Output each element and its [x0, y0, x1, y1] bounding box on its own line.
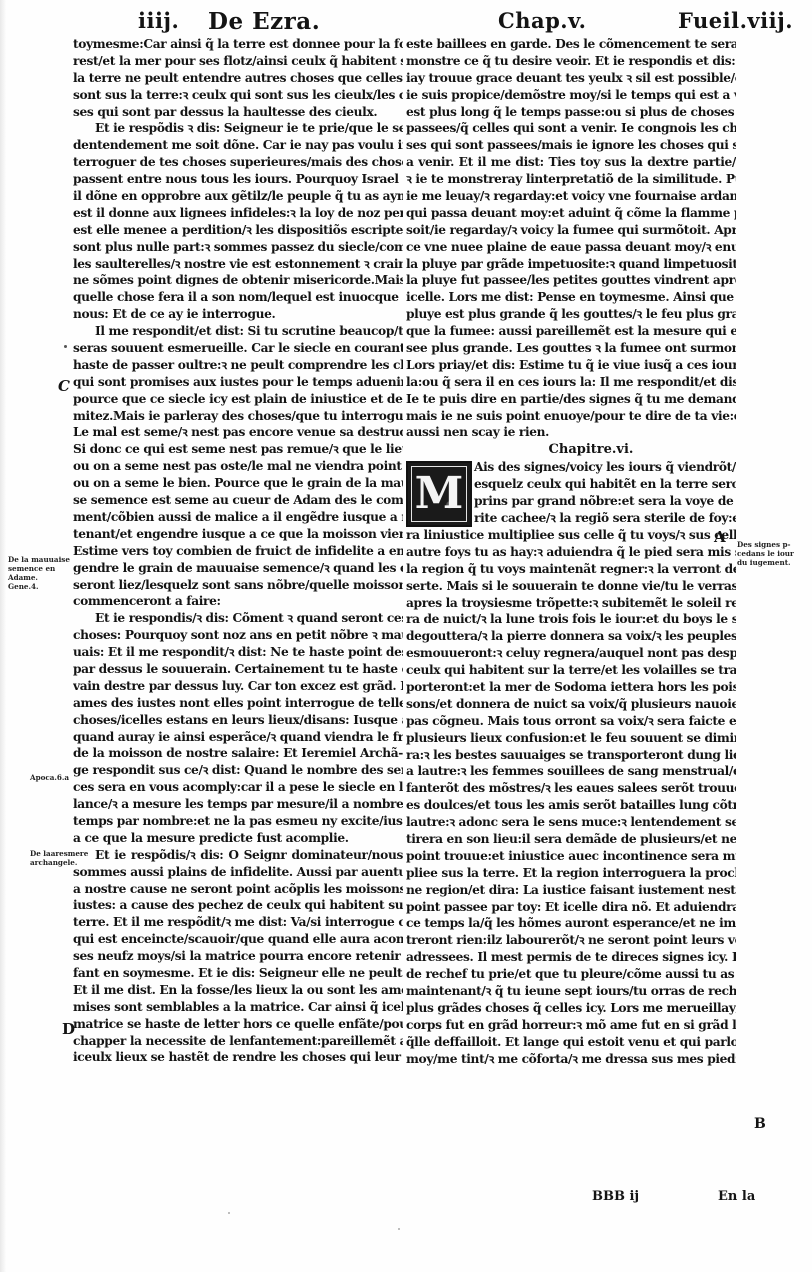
margin-note-signs-of-judgment: Des signes p- cedans le iour du iugement… — [737, 540, 794, 567]
left-column-line: gendre le grain de mauuaise semence/ꝛ qu… — [73, 560, 403, 577]
left-column-line: iceulx lieux se hastẽt de rendre les cho… — [73, 1049, 403, 1066]
left-column-line: matrice se haste de letter hors ce quell… — [73, 1016, 403, 1033]
left-column-line: rest/et la mer pour ses flotz/ainsi ceul… — [73, 53, 403, 70]
left-column-line: seras souuent esmerueille. Car le siecle… — [73, 340, 403, 357]
decorated-drop-initial: M — [406, 461, 472, 527]
right-column-line: ra liniustice multipliee sus celle q̃ tu… — [406, 527, 736, 544]
right-column-line: icelle. Lors me dist: Pense en toymesme.… — [406, 289, 736, 306]
folio-number-left: iiij. — [138, 8, 179, 33]
left-column-line: choses: Pourquoy sont noz ans en petit n… — [73, 627, 403, 644]
left-column-line: il dõne en opprobre aux gẽtilz/le peuple… — [73, 188, 403, 205]
right-column-line: ne region/et dira: La iustice faisant iu… — [406, 882, 736, 899]
ink-dot — [64, 345, 67, 348]
margin-note-apocalypse: Apoca.6.a — [30, 773, 69, 782]
right-column-line: Ie te puis dire en partie/des signes q̃ … — [406, 391, 736, 408]
right-column-line: la region q̃ tu voys maintenãt regner:ꝛ … — [406, 561, 736, 578]
left-column-line: se semence est seme au cueur de Adam des… — [73, 492, 403, 509]
left-column-line: Le mal est seme/ꝛ nest pas encore venue … — [73, 424, 403, 441]
right-column-line: ce temps la/q̃ les hõmes auront esperanc… — [406, 915, 736, 932]
left-column-line: fant en soymesme. Et ie dis: Seigneur el… — [73, 965, 403, 982]
right-column-line: lautre:ꝛ adonc sera le sens muce:ꝛ lente… — [406, 814, 736, 831]
right-column-line: Lors priay/et dis: Estime tu q̃ ie viue … — [406, 357, 736, 374]
right-column-line: es doulces/et tous les amis serõt batail… — [406, 797, 736, 814]
left-column-line: Si donc ce qui est seme nest pas remue/ꝛ… — [73, 441, 403, 458]
left-column-line: choses/icelles estans en leurs lieux/dis… — [73, 712, 403, 729]
left-column-line: par dessus le souuerain. Certainement tu… — [73, 661, 403, 678]
left-column-line: haste de passer oultre:ꝛ ne peult compre… — [73, 357, 403, 374]
left-column-line: les saulterelles/ꝛ nostre vie est estonn… — [73, 256, 403, 273]
right-column-line: ꝛ ie te monstreray linterpretatiõ de la … — [406, 171, 736, 188]
chapter-running-head: Chap.v. — [498, 8, 586, 33]
left-column-line: terroguer de tes choses superieures/mais… — [73, 154, 403, 171]
right-column-line: pliee sus la terre. Et la region interro… — [406, 865, 736, 882]
left-column-line: iustes: a cause des pechez de ceulx qui … — [73, 897, 403, 914]
left-column-line: la terre ne peult entendre autres choses… — [73, 70, 403, 87]
initial-ornament: M — [411, 466, 467, 522]
left-column-line: sont sus la terre:ꝛ ceulx qui sont sus l… — [73, 87, 403, 104]
left-column-line: ou on a seme le bien. Pource que le grai… — [73, 475, 403, 492]
left-column-line: est elle menee a perdition/ꝛ les disposi… — [73, 222, 403, 239]
book-page: iiij. De Ezra. Chap.v. Fueil.viij. C D A… — [0, 0, 812, 1272]
right-column-line: ra de nuict/ꝛ la lune trois fois le iour… — [406, 611, 736, 628]
right-column-line: la pluye par grãde impetuosite:ꝛ quand l… — [406, 256, 736, 273]
right-column-line: iay trouue grace deuant tes yeulx ꝛ sil … — [406, 70, 736, 87]
left-column-line: tenant/et engendre iusque a ce que la mo… — [73, 526, 403, 543]
section-letter-b: B — [754, 1116, 766, 1132]
right-column-line: plus grãdes choses q̃ celles icy. Lors m… — [406, 1000, 736, 1017]
left-text-column: toymesme:Car ainsi q̃ la terre est donne… — [73, 36, 403, 1066]
folio-number-right: Fueil.viij. — [678, 8, 793, 33]
margin-note-line: cedans le iour — [737, 549, 794, 558]
right-column-line: ses qui sont passees/mais ie ignore les … — [406, 137, 736, 154]
chapter-6-text: ra liniustice multipliee sus celle q̃ tu… — [406, 527, 736, 1068]
right-column-line: la:ou q̃ sera il en ces iours la: Il me … — [406, 374, 736, 391]
left-column-line: passent entre nous tous les iours. Pourq… — [73, 171, 403, 188]
chapter-6-opening: M Ais des signes/voicy les iours q̃ vien… — [406, 459, 736, 527]
left-column-line: sommes aussi plains de infidelite. Aussi… — [73, 864, 403, 881]
catchword: En la — [718, 1189, 755, 1204]
right-column-line: see plus grande. Les gouttes ꝛ la fumee … — [406, 340, 736, 357]
right-column-line: apres la troysiesme trõpette:ꝛ subitemẽt… — [406, 595, 736, 612]
right-column-line: ra:ꝛ les bestes sauuaiges se transporter… — [406, 747, 736, 764]
left-column-line: ames des iustes nont elles point interro… — [73, 695, 403, 712]
right-column-line: este baillees en garde. Des le cõmenceme… — [406, 36, 736, 53]
left-column-line: Et il me dist. En la fosse/les lieux la … — [73, 982, 403, 999]
left-column-line: qui est enceincte/scauoir/que quand elle… — [73, 931, 403, 948]
left-column-line: ge respondit sus ce/ꝛ dist: Quand le nom… — [73, 762, 403, 779]
right-column-line: ie suis propice/demõstre moy/si le temps… — [406, 87, 736, 104]
margin-note-line: Adame. — [8, 573, 70, 582]
left-column-line: quelle chose fera il a son nom/lequel es… — [73, 289, 403, 306]
right-column-line: a venir. Et il me dist: Ties toy sus la … — [406, 154, 736, 171]
left-column-line: qui sont promises aux iustes pour le tem… — [73, 374, 403, 391]
paper-speck — [398, 1228, 400, 1230]
left-column-line: a ce que la mesure predicte fust acompli… — [73, 830, 403, 847]
right-column-line: point trouue:et iniustice auec incontine… — [406, 848, 736, 865]
left-column-line: sont plus nulle part:ꝛ sommes passez du … — [73, 239, 403, 256]
right-column-line: moy/me tint/ꝛ me cõforta/ꝛ me dressa sus… — [406, 1051, 736, 1068]
left-column-line: Et ie respondis/ꝛ dis: Cõment ꝛ quand se… — [73, 610, 403, 627]
left-column-line: temps par nombre:et ne la pas esmeu ny e… — [73, 813, 403, 830]
right-column-line: treront rien:ilz labourerõt/ꝛ ne seront … — [406, 932, 736, 949]
margin-note-line: Gene.4. — [8, 582, 70, 591]
right-column-line: monstre ce q̃ tu desire veoir. Et ie res… — [406, 53, 736, 70]
right-column-line: maintenant/ꝛ q̃ tu ieune sept iours/tu o… — [406, 983, 736, 1000]
left-column-line: lance/ꝛ a mesure les temps par mesure/il… — [73, 796, 403, 813]
left-column-line: ou on a seme nest pas oste/le mal ne vie… — [73, 458, 403, 475]
right-column-line: a lautre:ꝛ les femmes souillees de sang … — [406, 763, 736, 780]
right-column-line: tirera en son lieu:il sera demãde de plu… — [406, 831, 736, 848]
right-column-line: de rechef tu prie/et que tu pleure/cõme … — [406, 966, 736, 983]
margin-note-line: semence en — [8, 564, 70, 573]
left-column-line: Il me respondit/et dist: Si tu scrutine … — [73, 323, 403, 340]
paper-speck — [228, 1212, 230, 1214]
right-column-line: autre foys tu as hay:ꝛ aduiendra q̃ le p… — [406, 544, 736, 561]
left-column-line: pource que ce siecle icy est plain de in… — [73, 391, 403, 408]
left-column-line: Et ie respõdis ꝛ dis: Seigneur ie te pri… — [73, 120, 403, 137]
right-column-line: degouttera/ꝛ la pierre donnera sa voix/ꝛ… — [406, 628, 736, 645]
left-column-line: ces sera en vous acomply:car il a pese l… — [73, 779, 403, 796]
page-edge-shadow — [0, 0, 6, 1272]
left-column-line: quand auray ie ainsi esperãce/ꝛ quand vi… — [73, 729, 403, 746]
right-column-line: corps fut en grãd horreur:ꝛ mõ ame fut e… — [406, 1017, 736, 1034]
right-column-line: soit/ie regarday/ꝛ voicy la fumee qui su… — [406, 222, 736, 239]
left-column-line: Et ie respõdis/ꝛ dis: O Seignr dominateu… — [73, 847, 403, 864]
right-column-line: porteront:et la mer de Sodoma iettera ho… — [406, 679, 736, 696]
right-column-line: ceulx qui habitent sur la terre/et les v… — [406, 662, 736, 679]
right-column-line: q̃lle deffailloit. Et lange qui estoit v… — [406, 1034, 736, 1051]
chapter-5-ending: este baillees en garde. Des le cõmenceme… — [406, 36, 736, 441]
left-column-line: ment/cõbien aussi de malice a il engẽdre… — [73, 509, 403, 526]
left-column-line: a nostre cause ne seront point acõplis l… — [73, 881, 403, 898]
left-column-line: dentendement me soit dõne. Car ie nay pa… — [73, 137, 403, 154]
right-column-line: mais ie ne suis point enuoye/pour te dir… — [406, 408, 736, 425]
right-column-line: point passee par toy: Et icelle dira nõ.… — [406, 899, 736, 916]
right-column-line: pluye est plus grande q̃ les gouttes/ꝛ l… — [406, 306, 736, 323]
left-column-line: mises sont semblables a la matrice. Car … — [73, 999, 403, 1016]
left-column-line: uais: Et il me respondit/ꝛ dist: Ne te h… — [73, 644, 403, 661]
right-column-line: est plus long q̃ le temps passe:ou si pl… — [406, 104, 736, 121]
right-column-line: adressees. Il mest permis de te direces … — [406, 949, 736, 966]
margin-note-line: Des signes p- — [737, 540, 794, 549]
left-column-line: de la moisson de nostre salaire: Et Iere… — [73, 745, 403, 762]
right-column-line: qui passa deuant moy:et aduint q̃ cõme l… — [406, 205, 736, 222]
right-column-line: ie me leuay/ꝛ regarday:et voicy vne four… — [406, 188, 736, 205]
left-column-line: chapper la necessite de lenfantement:par… — [73, 1033, 403, 1050]
right-text-column: este baillees en garde. Des le cõmenceme… — [406, 36, 736, 1067]
right-column-line: fanterõt des mõstres/ꝛ les eaues salees … — [406, 780, 736, 797]
margin-note-line: De la mauuaise — [8, 555, 70, 564]
left-column-line: est il donne aux lignees infideles:ꝛ la … — [73, 205, 403, 222]
right-column-line: la pluye fut passee/les petites gouttes … — [406, 272, 736, 289]
right-column-line: aussi nen scay ie rien. — [406, 424, 736, 441]
right-column-line: ce vne nuee plaine de eaue passa deuant … — [406, 239, 736, 256]
left-column-line: Estime vers toy combien de fruict de inf… — [73, 543, 403, 560]
left-column-line: ses neufz moys/si la matrice pourra enco… — [73, 948, 403, 965]
left-column-line: ses qui sont par dessus la haultesse des… — [73, 104, 403, 121]
left-column-line: ne sõmes point dignes de obtenir miseric… — [73, 272, 403, 289]
left-column-line: toymesme:Car ainsi q̃ la terre est donne… — [73, 36, 403, 53]
right-column-line: plusieurs lieux confusion:et le feu souu… — [406, 730, 736, 747]
right-column-line: serte. Mais si le souuerain te donne vie… — [406, 578, 736, 595]
left-column-line: seront liez/lesquelz sont sans nõbre/que… — [73, 577, 403, 594]
book-title: De Ezra. — [208, 8, 320, 35]
right-column-line: passees/q̃ celles qui sont a venir. Ie c… — [406, 120, 736, 137]
printer-signature-mark: BBB ij — [592, 1189, 639, 1204]
right-column-line: sons/et donnera de nuict sa voix/q̃ plus… — [406, 696, 736, 713]
right-column-line: pas cõgneu. Mais tous orront sa voix/ꝛ s… — [406, 713, 736, 730]
margin-note-line: du iugement. — [737, 558, 794, 567]
right-column-line: esmouueront:ꝛ celuy regnera/auquel nont … — [406, 645, 736, 662]
left-column-line: mitez.Mais ie parleray des choses/que tu… — [73, 408, 403, 425]
chapter-heading: Chapitre.vi. — [406, 441, 736, 459]
left-column-line: nous: Et de ce ay ie interrogue. — [73, 306, 403, 323]
right-column-line: que la fumee: aussi pareillemẽt est la m… — [406, 323, 736, 340]
left-column-line: commenceront a faire: — [73, 593, 403, 610]
left-column-line: vain destre par dessus luy. Car ton exce… — [73, 678, 403, 695]
section-letter-c: C — [58, 377, 70, 395]
initial-letter: M — [415, 472, 464, 516]
margin-note-seed-of-evil: De la mauuaise semence en Adame. Gene.4. — [8, 555, 70, 591]
left-column-line: terre. Et il me respõdit/ꝛ me dist: Va/s… — [73, 914, 403, 931]
